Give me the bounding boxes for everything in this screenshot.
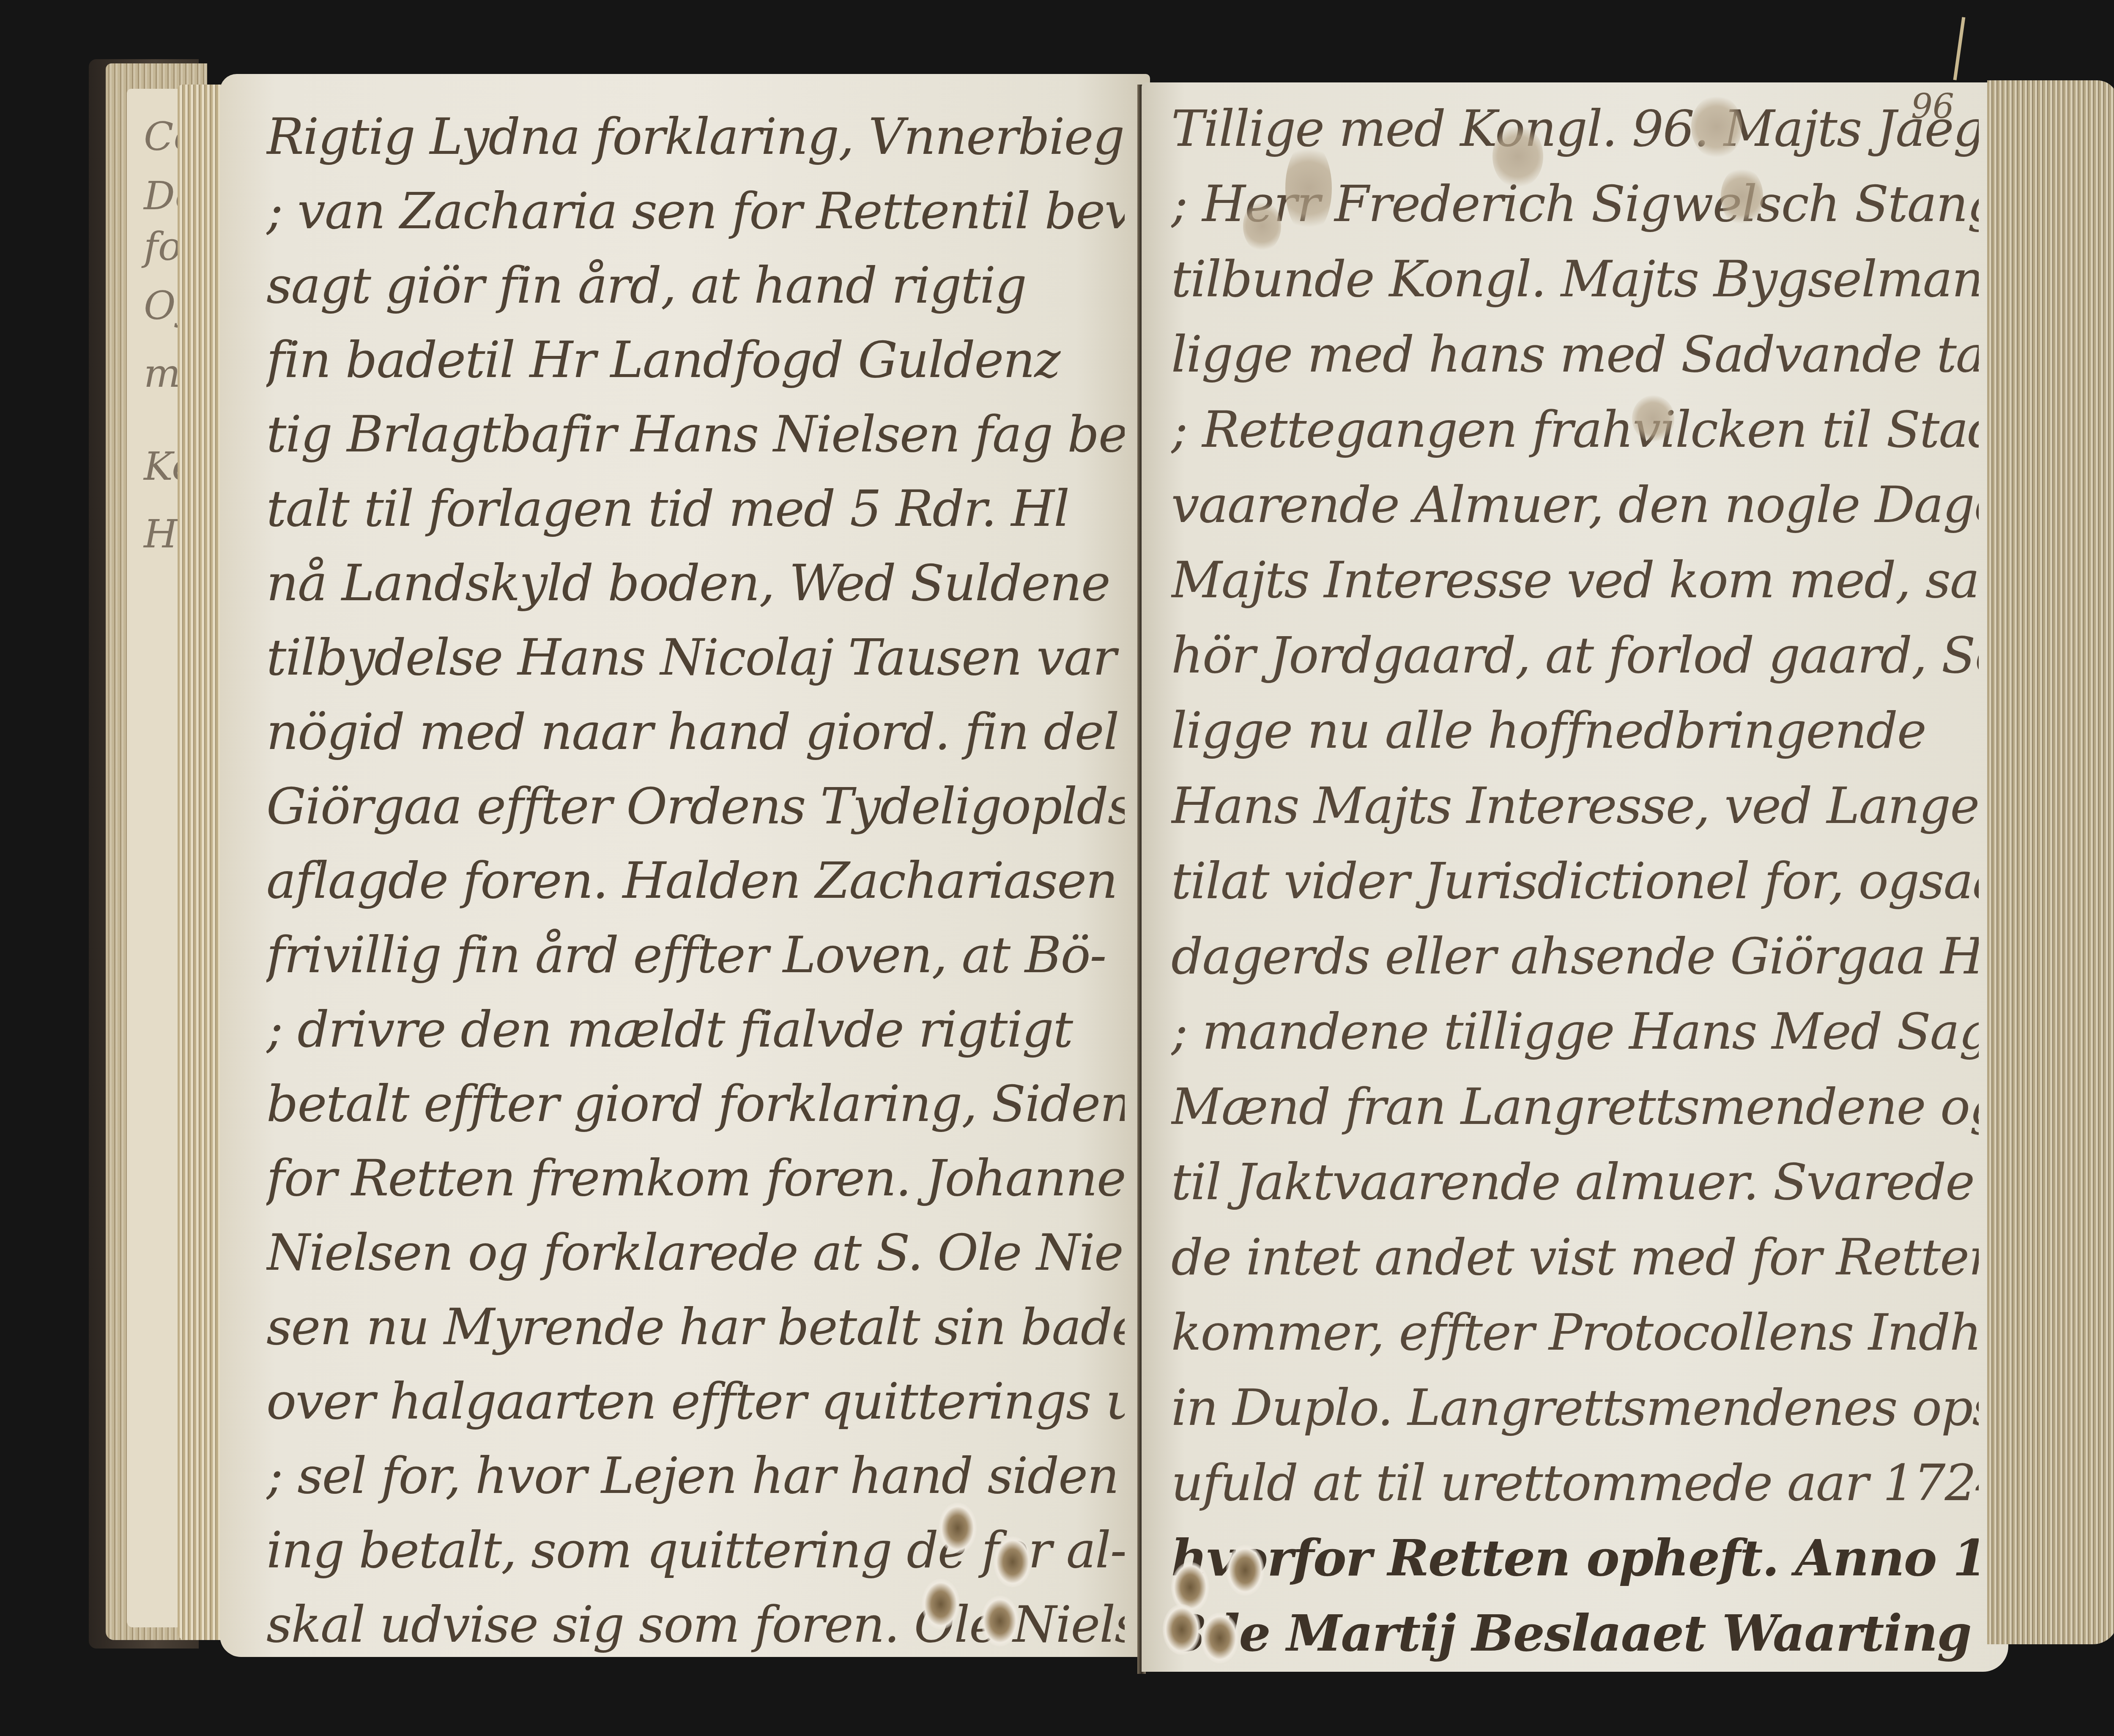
handwritten-line: ; sel for, hvor Lejen har hand siden for… [266, 1438, 1125, 1513]
left-page-text: Rigtig Lydna forklaring, Vnnerbieg Gald.… [266, 99, 1125, 1657]
handwritten-line: ; drivre den mældt fialvde rigtigt [266, 992, 1125, 1066]
handwritten-line: nögid med naar hand giord. fin del [266, 694, 1125, 769]
handwritten-line: Nielsen og forklarede at S. Ole Niel- [266, 1215, 1125, 1290]
handwritten-line: tilbydelse Hans Nicolaj Tausen var for [266, 620, 1125, 694]
worm-hole [981, 1596, 1019, 1646]
handwritten-line: nå Landskyld boden, Wed Suldene [266, 546, 1125, 620]
handwritten-line: til Jaktvaarende almuer. Svarede at [1171, 1144, 1979, 1219]
worm-hole [1226, 1545, 1264, 1596]
worm-hole [922, 1579, 960, 1629]
handwritten-line: ligge med hans med Sadvande tab- [1171, 317, 1979, 392]
handwritten-line: tig Brlagtbafir Hans Nielsen fag be- [266, 397, 1125, 471]
ink-stain [1632, 395, 1674, 442]
handwritten-line-heading: 8de Martij Beslaaet Waarting Sat og [1171, 1596, 1979, 1671]
handwritten-line: Mænd fran Langrettsmendene og [1171, 1069, 1979, 1144]
worm-hole [994, 1536, 1032, 1587]
handwritten-line-date: hvorfor Retten opheft. Anno 1723 d. 8de [1171, 1520, 1979, 1596]
handwritten-line: dagerds eller ahsende Giörgaa Hytter [1171, 919, 1979, 994]
handwritten-line: tilat vider Jurisdictionel for, ogsaa [1171, 843, 1979, 919]
worm-hole [1201, 1613, 1239, 1663]
handwritten-line: sen nu Myrende har betalt sin bade [266, 1290, 1125, 1364]
handwritten-line: over halgaarten effter quitterings udvi- [266, 1364, 1125, 1438]
handwritten-line: sagt giör fin ård, at hand rigtig [266, 248, 1125, 323]
handwritten-line: ; Rettegangen frahvilcken til Stadet [1171, 392, 1979, 467]
handwritten-line: Majts Interesse ved kom med, saa [1171, 542, 1979, 618]
left-page: Rigtig Lydna forklaring, Vnnerbieg Gald.… [220, 74, 1150, 1657]
handwritten-line: tilbunde Kongl. Majts Bygselmand til [1171, 241, 1979, 317]
handwritten-line: ligge nu alle hoffnedbringende [1171, 693, 1979, 768]
handwritten-line: for Retten fremkom foren. Johannes [266, 1141, 1125, 1215]
handwritten-line: fin badetil Hr Landfogd Guldenz [266, 323, 1125, 397]
handwritten-line: hör Jordgaard, at forlod gaard, Selv [1171, 618, 1979, 693]
handwritten-line: de intet andet vist med for Retten [1171, 1219, 1979, 1295]
page-edges-right [1987, 80, 2114, 1644]
page-number: 96 [1911, 87, 1954, 126]
right-page: Tillige med Kongl. 96. Majts Jaegermeste… [1142, 82, 2008, 1672]
handwritten-line: talt til forlagen tid med 5 Rdr. Hl [266, 471, 1125, 546]
handwritten-line: betalt effter giord forklaring, Siden [266, 1066, 1125, 1141]
right-page-text: Tillige med Kongl. 96. Majts Jaegermeste… [1171, 91, 1979, 1671]
handwritten-line: Giörgaa effter Ordens Tydeligopldsning [266, 769, 1125, 843]
handwritten-line: kommer, effter Protocollens Indhold [1171, 1295, 1979, 1370]
worm-hole [939, 1503, 977, 1553]
handwritten-line: Hans Majts Interesse, ved Langene [1171, 768, 1979, 843]
ink-stain [1285, 142, 1332, 235]
handwritten-line: frivillig fin ård effter Loven, at Bö- [266, 918, 1125, 992]
handwritten-line: ufuld at til urettommede aar 1724 [1171, 1445, 1979, 1520]
handwritten-line: aflagde foren. Halden Zachariasen [266, 843, 1125, 918]
handwritten-line: ; mandene tilligge Hans Med Sagvande 2de [1171, 994, 1979, 1069]
ink-stain [1721, 167, 1763, 226]
handwritten-line: vaarende Almuer, den nogle Dage har [1171, 467, 1979, 542]
handwritten-line: Rigtig Lydna forklaring, Vnnerbieg Gald. [266, 99, 1125, 174]
ink-stain [1243, 201, 1281, 252]
ink-stain [1691, 95, 1742, 159]
ink-stain [1492, 125, 1543, 188]
handwritten-line: in Duplo. Langrettsmendenes ops [1171, 1370, 1979, 1445]
handwritten-line: ; van Zacharia sen for Rettentil bevd [266, 174, 1125, 248]
worm-hole [1163, 1604, 1201, 1655]
